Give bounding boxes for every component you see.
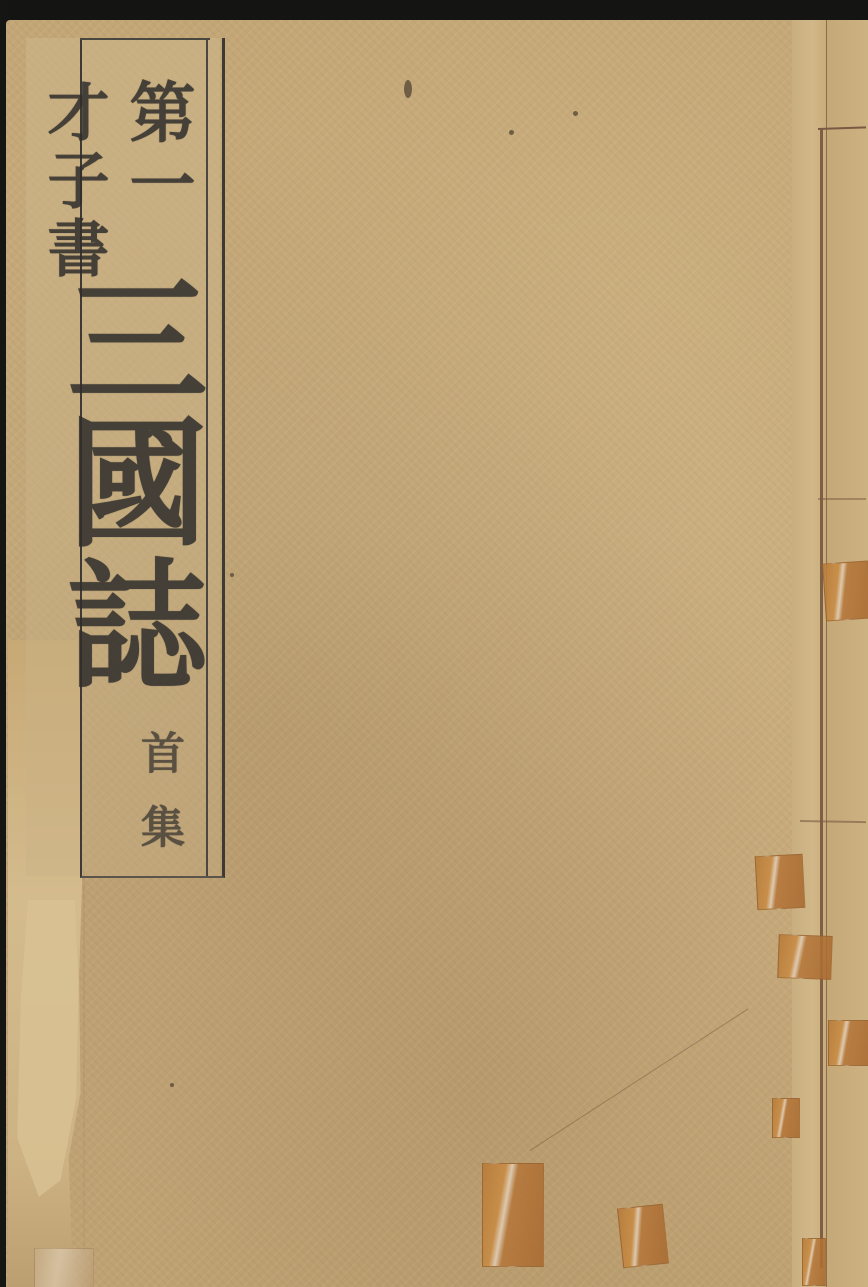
stain-spot [170, 1083, 174, 1087]
volume-label: 首集 [120, 730, 180, 878]
tape-patch-spine-upper [822, 560, 868, 621]
tape-patch-spine-3 [828, 1020, 868, 1066]
stain-spot [404, 80, 412, 98]
tape-patch-spine-4 [772, 1098, 800, 1138]
stitch-middle [818, 498, 866, 500]
binding-thread [820, 128, 823, 1268]
subtitle-talented-scholar-book: 才子書 [24, 80, 104, 284]
dark-background-top [0, 0, 868, 22]
tape-patch-spine-1 [755, 854, 806, 910]
subtitle-first: 第一 [110, 78, 190, 222]
main-title-three-kingdoms: 三國誌 [36, 268, 196, 694]
tape-patch-bottom-3 [802, 1238, 826, 1286]
tape-patch-bottom-1 [482, 1163, 544, 1267]
tape-patch-spine-2 [777, 934, 833, 980]
title-slip-top-rule [80, 38, 210, 40]
stain-spot [509, 130, 514, 135]
tape-patch-bottom-left [34, 1248, 94, 1287]
book-cover-photo: 第一 才子書 三國誌 首集 [0, 0, 868, 1287]
stain-spot [230, 573, 234, 577]
tape-patch-bottom-2 [617, 1204, 669, 1268]
spine-edge [826, 20, 868, 1287]
crease-vertical [84, 871, 85, 1251]
stain-spot [573, 111, 578, 116]
